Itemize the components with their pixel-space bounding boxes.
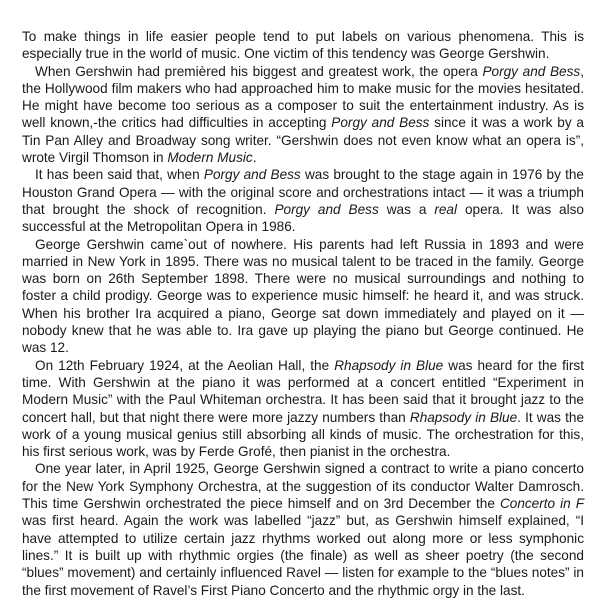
- paragraph-rhapsody: On 12th February 1924, at the Aeolian Ha…: [22, 357, 584, 461]
- paragraph-concerto: One year later, in April 1925, George Ge…: [22, 460, 584, 598]
- paragraph-early-life: George Gershwin came`out of nowhere. His…: [22, 236, 584, 357]
- work-title: Porgy and Bess: [204, 167, 301, 182]
- paragraph-intro: To make things in life easier people ten…: [22, 28, 584, 63]
- text-segment: .: [253, 150, 257, 165]
- publication-title: Modern Music: [167, 150, 252, 165]
- text-segment: was first heard. Again the work was labe…: [22, 513, 584, 597]
- work-title: Porgy and Bess: [274, 202, 378, 217]
- work-title: Rhapsody in Blue: [334, 358, 443, 373]
- paragraph-porgy-premiere: When Gershwin had premièred his biggest …: [22, 63, 584, 167]
- text-segment: When Gershwin had premièred his biggest …: [35, 64, 482, 79]
- emphasis: real: [434, 202, 457, 217]
- text-segment: It has been said that, when: [35, 167, 204, 182]
- work-title: Rhapsody in Blue: [410, 410, 517, 425]
- text-segment: was a: [379, 202, 435, 217]
- work-title: Porgy and Bess: [331, 115, 429, 130]
- work-title: Porgy and Bess: [482, 64, 580, 79]
- paragraph-porgy-revival: It has been said that, when Porgy and Be…: [22, 166, 584, 235]
- document-page: To make things in life easier people ten…: [22, 28, 584, 599]
- text-segment: On 12th February 1924, at the Aeolian Ha…: [35, 358, 334, 373]
- text-segment: George Gershwin came`out of nowhere. His…: [22, 237, 584, 356]
- text-segment: To make things in life easier people ten…: [22, 29, 584, 61]
- work-title: Concerto in F: [500, 496, 584, 511]
